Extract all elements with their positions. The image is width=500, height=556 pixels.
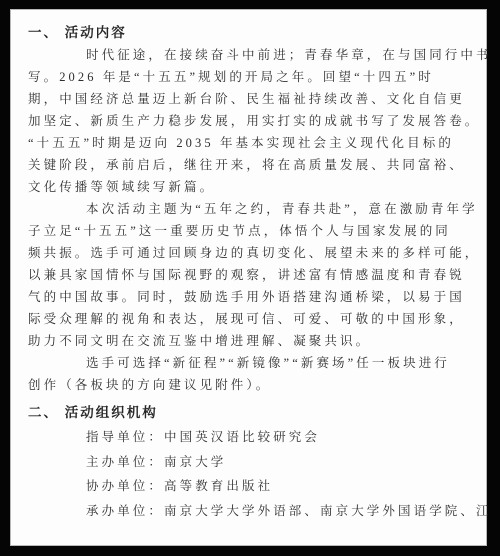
para3-line-1: 选手可选择“新征程”“新镜像”“新赛场”任一板块进行 bbox=[28, 352, 471, 374]
section1-heading: 一、 活动内容 bbox=[28, 22, 471, 44]
para2-line-5: 气的中国故事。同时，鼓励选手用外语搭建沟通桥梁，以易于国 bbox=[28, 286, 471, 308]
para2-line-1: 本次活动主题为“五年之约，青春共赴”，意在激励青年学 bbox=[28, 198, 471, 220]
para2-line-2: 子立足“十五五”这一重要历史节点，体悟个人与国家发展的同 bbox=[28, 220, 471, 242]
para2-line-4: 以兼具家国情怀与国际视野的观察，讲述富有情感温度和青春锐 bbox=[28, 264, 471, 286]
para1-line-1: 时代征途，在接续奋斗中前进；青春华章，在与国同行中书 bbox=[28, 44, 471, 66]
para2-line-3: 频共振。选手可通过回顾身边的真切变化、展望未来的多样可能， bbox=[28, 242, 471, 264]
para1-line-3: 期，中国经济总量迈上新台阶、民生福祉持续改善、文化自信更 bbox=[28, 88, 471, 110]
org-undertaker-unit-line: 承办单位：南京大学大学外语部、南京大学外国语学院、江 bbox=[28, 499, 471, 524]
org-coorganizer-unit-line: 协办单位：高等教育出版社 bbox=[28, 474, 471, 499]
document-body: 一、 活动内容 时代征途，在接续奋斗中前进；青春华章，在与国同行中书 写。202… bbox=[28, 22, 471, 523]
section2-heading: 二、 活动组织机构 bbox=[28, 400, 471, 425]
org-host-unit-line: 主办单位：南京大学 bbox=[28, 450, 471, 475]
para1-line-4: 加坚定、新质生产力稳步发展，用实打实的成就书写了发展答卷。 bbox=[28, 110, 471, 132]
para2-line-6: 际受众理解的视角和表达，展现可信、可爱、可敬的中国形象， bbox=[28, 308, 471, 330]
para3-line-2: 创作（各板块的方向建议见附件）。 bbox=[28, 374, 471, 396]
para1-line-2: 写。2026 年是“十五五”规划的开局之年。回望“十四五”时 bbox=[28, 66, 471, 88]
document-page: 一、 活动内容 时代征途，在接续奋斗中前进；青春华章，在与国同行中书 写。202… bbox=[10, 9, 487, 546]
para1-line-7: 文化传播等领域续写新篇。 bbox=[28, 176, 471, 198]
para1-line-5: “十五五”时期是迈向 2035 年基本实现社会主义现代化目标的 bbox=[28, 132, 471, 154]
para1-line-6: 关键阶段，承前启后，继往开来，将在高质量发展、共同富裕、 bbox=[28, 154, 471, 176]
org-guidance-unit-line: 指导单位：中国英汉语比较研究会 bbox=[28, 425, 471, 450]
para2-line-7: 助力不同文明在交流互鉴中增进理解、凝聚共识。 bbox=[28, 330, 471, 352]
